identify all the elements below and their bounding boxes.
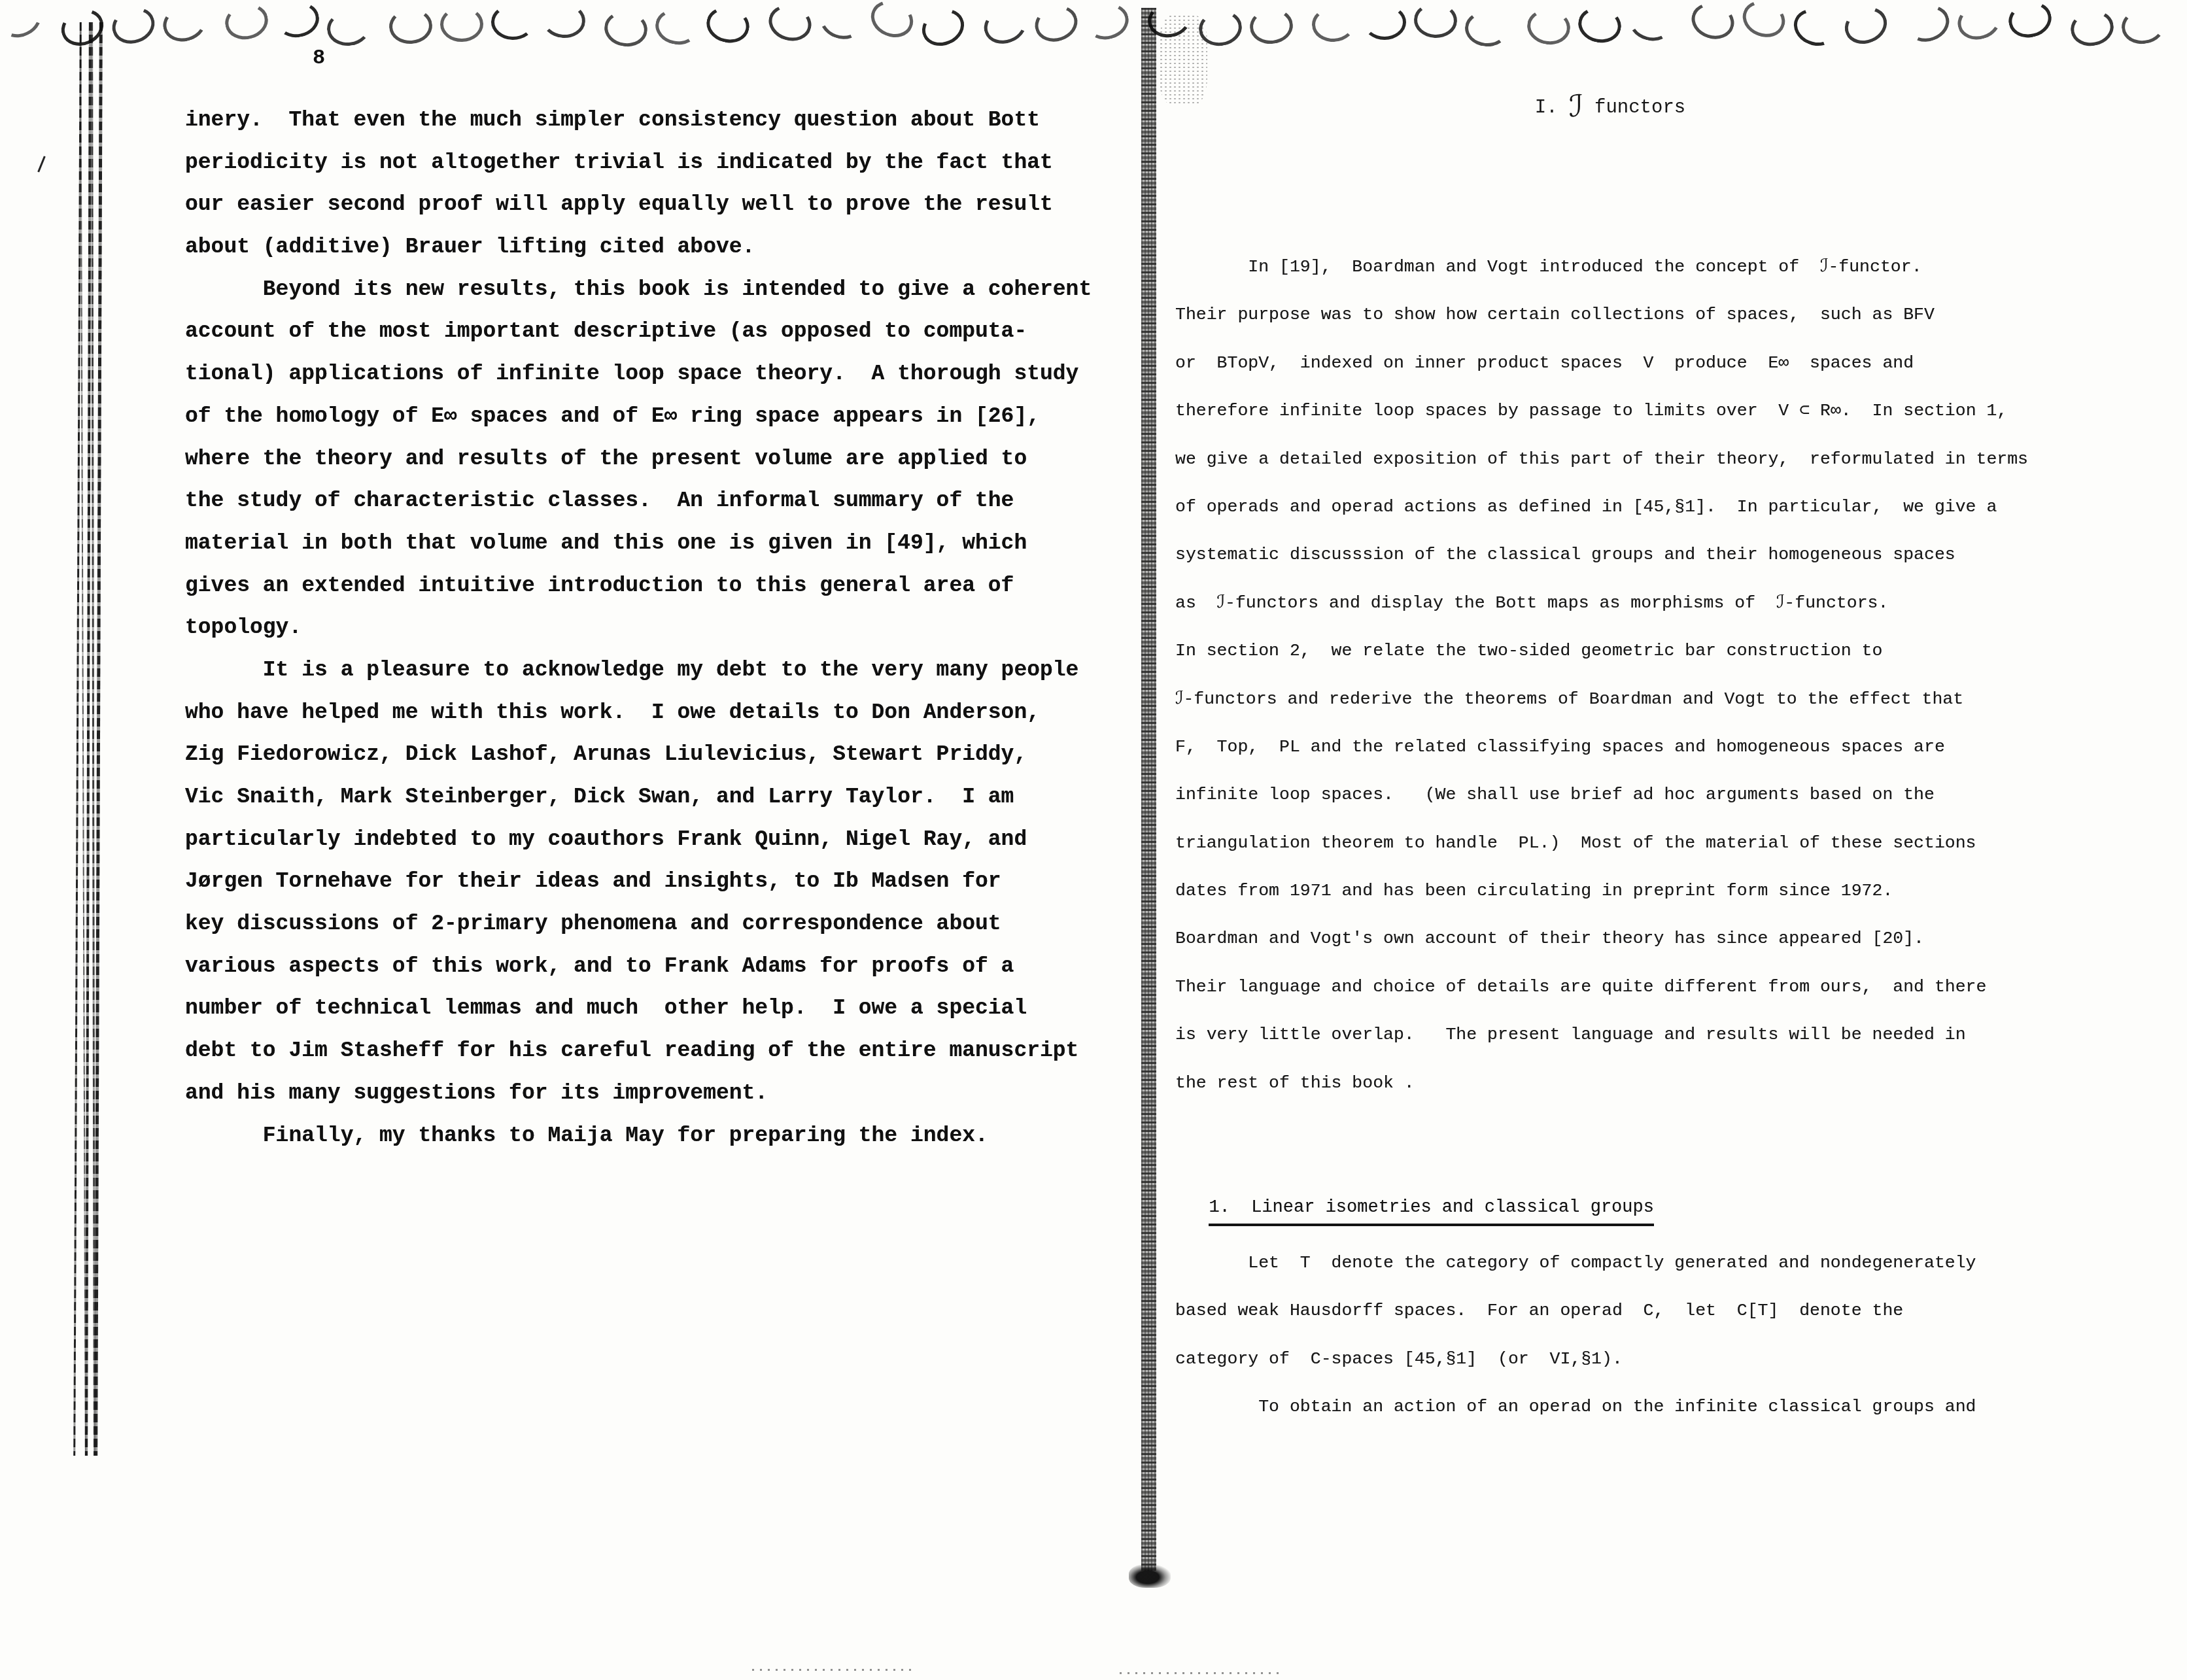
coil-mark-icon <box>916 3 970 52</box>
coil-mark-icon <box>388 7 434 45</box>
coil-mark-icon <box>440 6 484 42</box>
text-line: gives an extended intuitive introduction… <box>185 565 1114 608</box>
text-line: of the homology of E∞ spaces and of E∞ r… <box>185 396 1114 438</box>
text-line: infinite loop spaces. (We shall use brie… <box>1175 771 2065 819</box>
coil-mark-icon <box>1082 0 1133 44</box>
left-page-text: inery. That even the much simpler consis… <box>185 99 1114 1157</box>
text-line: systematic discusssion of the classical … <box>1175 531 2065 579</box>
coil-mark-icon <box>1687 0 1738 44</box>
text-line: To obtain an action of an operad on the … <box>1175 1383 2065 1431</box>
text-line: about (additive) Brauer lifting cited ab… <box>185 226 1114 269</box>
text-line: various aspects of this work, and to Fra… <box>185 946 1114 988</box>
coil-mark-icon <box>491 4 535 41</box>
coil-mark-icon <box>159 1 210 46</box>
coil-mark-icon <box>1030 0 1082 47</box>
coil-mark-icon <box>1954 0 2005 44</box>
text-line: based weak Hausdorff spaces. For an oper… <box>1175 1287 2065 1335</box>
coil-mark-icon <box>1248 7 1294 46</box>
text-line: the study of characteristic classes. An … <box>185 480 1114 523</box>
coil-mark-icon <box>1524 6 1573 48</box>
coil-mark-icon <box>1575 3 1625 47</box>
coil-mark-icon <box>2067 7 2116 50</box>
text-line: tional) applications of infinite loop sp… <box>185 353 1114 396</box>
coil-mark-icon <box>765 0 816 46</box>
section-heading: 1. Linear isometries and classical group… <box>1184 1186 1654 1238</box>
chapter-numeral: I. <box>1535 97 1558 118</box>
text-line: Zig Fiedorowicz, Dick Lashof, Arunas Liu… <box>185 734 1114 776</box>
coil-mark-icon <box>2120 6 2167 47</box>
coil-mark-icon <box>1363 5 1406 40</box>
text-line: is very little overlap. The present lang… <box>1175 1011 2065 1059</box>
binding-streak <box>85 22 92 1456</box>
text-line: particularly indebted to my coauthors Fr… <box>185 819 1114 861</box>
coil-mark-icon <box>652 5 701 48</box>
text-line: triangulation theorem to handle PL.) Mos… <box>1175 819 2065 867</box>
text-line: where the theory and results of the pres… <box>185 438 1114 481</box>
coil-mark-icon <box>1902 0 1954 48</box>
text-line: Vic Snaith, Mark Steinberger, Dick Swan,… <box>185 776 1114 819</box>
text-line: account of the most important descriptiv… <box>185 311 1114 353</box>
text-line: In [19], Boardman and Vogt introduced th… <box>1175 243 2065 291</box>
text-line: Their language and choice of details are… <box>1175 963 2065 1011</box>
page-number: 8 <box>313 46 325 70</box>
text-line: Let T denote the category of compactly g… <box>1175 1239 2065 1287</box>
left-binding-streaks <box>0 0 144 1680</box>
coil-mark-icon <box>541 1 587 40</box>
text-line: Their purpose was to show how certain co… <box>1175 291 2065 339</box>
coil-mark-icon <box>1463 9 1509 49</box>
text-line: therefore infinite loop spaces by passag… <box>1175 387 2065 435</box>
chapter-word: functors <box>1594 97 1685 118</box>
text-line: category of C-spaces [45,§1] (or VI,§1). <box>1175 1335 2065 1383</box>
text-line: Jørgen Tornehave for their ideas and ins… <box>185 861 1114 903</box>
text-line: dates from 1971 and has been circulating… <box>1175 867 2065 915</box>
coil-mark-icon <box>865 0 919 44</box>
text-line: Finally, my thanks to Maija May for prep… <box>185 1115 1114 1157</box>
text-line: we give a detailed exposition of this pa… <box>1175 436 2065 483</box>
coil-mark-icon <box>1625 0 1676 45</box>
coil-mark-icon <box>1413 1 1458 39</box>
text-line: inery. That even the much simpler consis… <box>185 99 1114 142</box>
text-line: who have helped me with this work. I owe… <box>185 692 1114 734</box>
book-scan-spread: 8 inery. That even the much simpler cons… <box>0 0 2187 1680</box>
coil-mark-icon <box>222 0 271 44</box>
text-line: the rest of this book . <box>1175 1059 2065 1107</box>
text-line: material in both that volume and this on… <box>185 523 1114 565</box>
binding-streak <box>94 22 103 1456</box>
coil-mark-icon <box>325 8 372 48</box>
text-line: periodicity is not altogether trivial is… <box>185 142 1114 184</box>
section-heading-text: 1. Linear isometries and classical group… <box>1209 1198 1654 1226</box>
coil-mark-icon <box>1788 3 1842 52</box>
gutter-speckle <box>1159 14 1207 106</box>
text-line: topology. <box>185 607 1114 649</box>
coil-mark-icon <box>1738 0 1791 43</box>
coil-mark-icon <box>273 0 322 41</box>
text-line: or BTopV, indexed on inner product space… <box>1175 339 2065 387</box>
coil-mark-icon <box>602 9 650 50</box>
text-line: In section 2, we relate the two-sided ge… <box>1175 627 2065 675</box>
text-line: number of technical lemmas and much othe… <box>185 987 1114 1030</box>
coil-mark-icon <box>1311 5 1356 43</box>
text-line: F, Top, PL and the related classifying s… <box>1175 723 2065 771</box>
text-line: key discussions of 2-primary phenomena a… <box>185 903 1114 946</box>
text-line: Boardman and Vogt's own account of their… <box>1175 915 2065 963</box>
chapter-heading: I. ℐ functors <box>1175 97 2045 118</box>
text-line: our easier second proof will apply equal… <box>185 184 1114 226</box>
text-line: Beyond its new results, this book is int… <box>185 269 1114 311</box>
gutter-smudge <box>1129 1564 1171 1588</box>
text-line: debt to Jim Stasheff for his careful rea… <box>185 1030 1114 1072</box>
right-page-section-text: Let T denote the category of compactly g… <box>1175 1239 2065 1431</box>
spiral-binding-marks <box>0 0 2187 52</box>
right-page-intro-text: In [19], Boardman and Vogt introduced th… <box>1175 243 2065 1107</box>
text-line: It is a pleasure to acknowledge my debt … <box>185 649 1114 692</box>
coil-mark-icon <box>2005 0 2055 42</box>
text-line: as ℐ-functors and display the Bott maps … <box>1175 579 2065 627</box>
coil-mark-icon <box>702 3 753 47</box>
bottom-specks <box>1120 1672 1280 1674</box>
center-gutter-shadow <box>1141 8 1156 1571</box>
coil-mark-icon <box>815 0 867 45</box>
text-line: and his many suggestions for its improve… <box>185 1072 1114 1115</box>
coil-mark-icon <box>1839 1 1893 50</box>
text-line: of operads and operad actions as defined… <box>1175 483 2065 531</box>
coil-mark-icon <box>979 1 1032 50</box>
script-I-symbol: ℐ <box>1569 88 1583 124</box>
text-line: ℐ-functors and rederive the theorems of … <box>1175 676 2065 723</box>
bottom-specks <box>752 1669 916 1671</box>
